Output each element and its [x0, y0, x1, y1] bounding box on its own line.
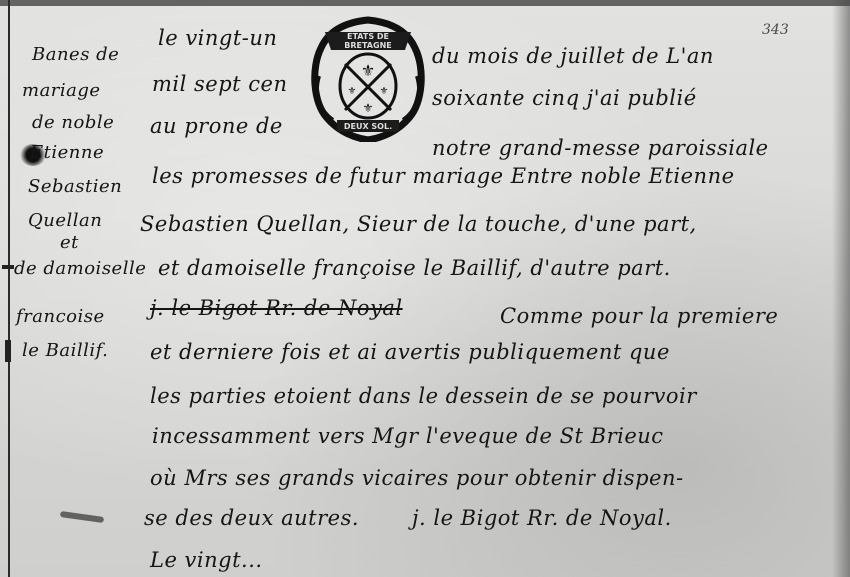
margin-note-line: Sebastien: [28, 176, 122, 197]
stamp-fleur-de-lis-icon: ETATS DE BRETAGNE ⚜ ⚜ ⚜ ⚜ DEUX SOL.: [307, 16, 429, 142]
body-line: les parties etoient dans le dessein de s…: [150, 384, 697, 408]
body-line: Le vingt...: [150, 548, 263, 572]
svg-text:⚜: ⚜: [380, 86, 389, 97]
margin-note-line: et: [60, 232, 79, 253]
svg-text:DEUX SOL.: DEUX SOL.: [344, 122, 392, 131]
svg-text:⚜: ⚜: [348, 86, 357, 97]
page-top-edge: [0, 0, 850, 6]
manuscript-page: 343 ETATS DE BRETAGNE ⚜ ⚜ ⚜ ⚜ DEUX SOL. …: [0, 0, 850, 577]
margin-note-line: Etienne: [30, 142, 104, 163]
body-line: Comme pour la premiere: [500, 304, 778, 328]
page-right-edge-shadow: [832, 0, 850, 577]
body-line: les promesses de futur mariage Entre nob…: [152, 164, 735, 188]
margin-tick: [5, 340, 11, 362]
margin-note-line: Banes de: [32, 44, 119, 65]
struck-signature: j. le Bigot Rr. de Noyal: [150, 296, 403, 320]
margin-note-line: de noble: [32, 112, 114, 133]
body-line: et damoiselle françoise le Baillif, d'au…: [158, 256, 671, 280]
body-line: mil sept cen: [152, 72, 288, 96]
svg-text:ETATS DE: ETATS DE: [347, 32, 389, 41]
body-line: notre grand-messe paroissiale: [432, 136, 769, 160]
margin-rule-line: [8, 0, 10, 577]
body-line: se des deux autres.: [144, 506, 359, 530]
body-line: Sebastien Quellan, Sieur de la touche, d…: [140, 212, 697, 236]
folio-number: 343: [762, 22, 789, 38]
body-line: incessamment vers Mgr l'eveque de St Bri…: [152, 424, 664, 448]
svg-text:BRETAGNE: BRETAGNE: [344, 41, 391, 50]
body-line: au prone de: [150, 114, 283, 138]
svg-text:⚜: ⚜: [363, 101, 374, 115]
body-line: et derniere fois et ai avertis publiquem…: [150, 340, 670, 364]
priest-signature: j. le Bigot Rr. de Noyal.: [412, 506, 672, 530]
margin-note-line: Quellan: [28, 210, 102, 231]
body-line: où Mrs ses grands vicaires pour obtenir …: [150, 466, 684, 490]
margin-note-line: le Baillif.: [22, 340, 108, 361]
margin-note-line: de damoiselle: [14, 258, 146, 279]
margin-note-line: francoise: [16, 306, 105, 327]
svg-text:⚜: ⚜: [361, 61, 375, 80]
margin-note-line: mariage: [22, 80, 101, 101]
ink-smudge: [60, 511, 104, 523]
margin-tick: [2, 265, 14, 269]
body-line: le vingt-un: [158, 26, 277, 50]
body-line: soixante cinq j'ai publié: [432, 86, 697, 110]
body-line: du mois de juillet de L'an: [432, 44, 714, 68]
